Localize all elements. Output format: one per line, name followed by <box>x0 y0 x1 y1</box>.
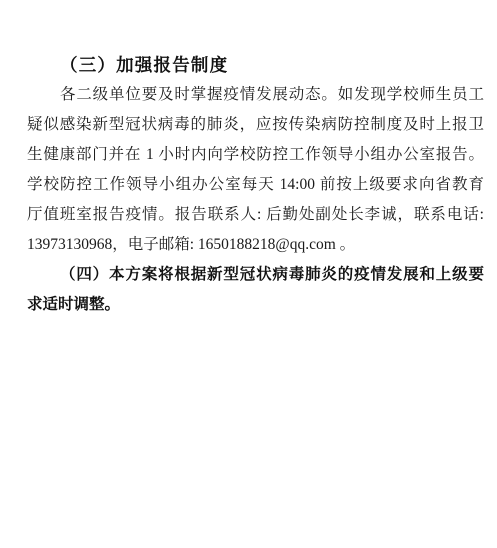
paragraph-line-3: 生健康部门并在 1 小时内向学校防控工作领导小组办公室报告。 <box>27 140 484 170</box>
document-page: （三）加强报告制度 各二级单位要及时掌握疫情发展动态。如发现学校师生员工 疑似感… <box>27 50 484 320</box>
paragraph-line-2: 疑似感染新型冠状病毒的肺炎，应按传染病防控制度及时上报卫 <box>27 110 484 140</box>
paragraph-line-6-contact: 13973130968，电子邮箱: 1650188218@qq.com 。 <box>27 230 484 260</box>
paragraph-line-5: 厅值班室报告疫情。报告联系人: 后勤处副处长李诚，联系电话: <box>27 200 484 230</box>
section-heading-4-line-2: 求适时调整。 <box>27 290 484 320</box>
paragraph-line-4: 学校防控工作领导小组办公室每天 14:00 前按上级要求向省教育 <box>27 170 484 200</box>
section-heading-4-line-1: （四）本方案将根据新型冠状病毒肺炎的疫情发展和上级要 <box>27 260 484 290</box>
paragraph-line-1: 各二级单位要及时掌握疫情发展动态。如发现学校师生员工 <box>27 80 484 110</box>
section-heading-3: （三）加强报告制度 <box>27 50 484 80</box>
